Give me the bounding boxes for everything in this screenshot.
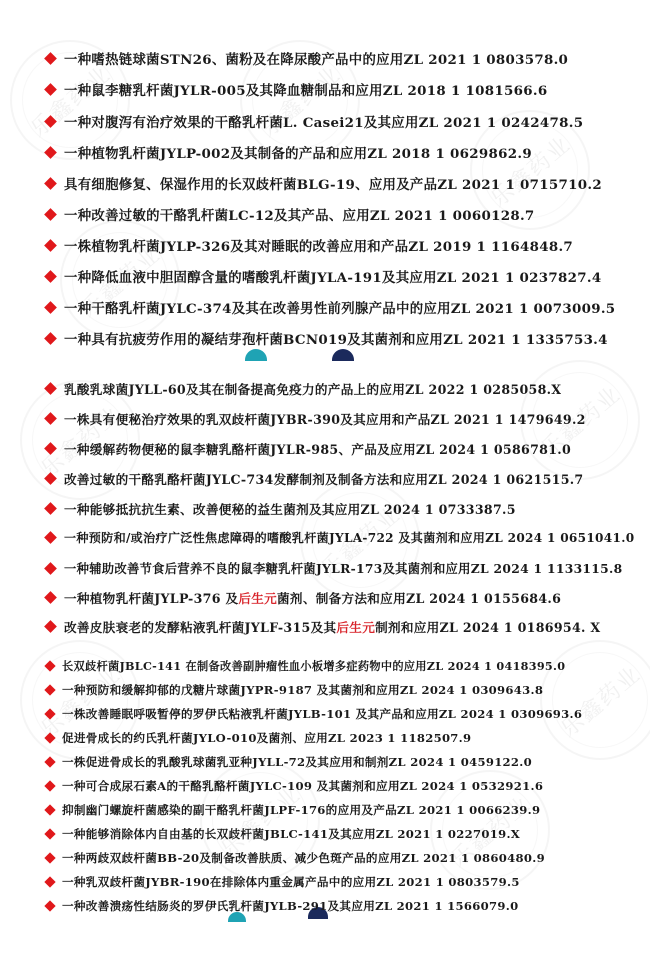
patent-title: 一种植物乳杆菌JYLP-376 及后生元菌剂、制备方法和应用ZL 2024 1 … xyxy=(64,588,561,607)
patent-title: 一株植物乳杆菌JYLP-326及其对睡眠的改善应用和产品ZL 2019 1 11… xyxy=(64,236,573,255)
list-item: 一种可合成尿石素A的干酪乳酪杆菌JYLC-109 及其菌剂和应用ZL 2024 … xyxy=(46,778,543,794)
list-item: 一株具有便秘治疗效果的乳双歧杆菌JYBR-390及其应用和产品ZL 2021 1… xyxy=(46,409,586,428)
patent-title: 一种改善过敏的干酪乳杆菌LC-12及其产品、应用ZL 2021 1 006012… xyxy=(64,205,535,224)
list-item: 一种干酪乳杆菌JYLC-374及其在改善男性前列腺产品中的应用ZL 2021 1… xyxy=(46,298,615,317)
list-item: 一种具有抗疲劳作用的凝结芽孢杆菌BCN019及其菌剂和应用ZL 2021 1 1… xyxy=(46,329,608,348)
list-item: 抑制幽门螺旋杆菌感染的副干酪乳杆菌JLPF-176的应用及产品ZL 2021 1… xyxy=(46,802,540,818)
diamond-bullet-icon xyxy=(44,708,55,719)
list-item: 一株改善睡眠呼吸暂停的罗伊氏粘液乳杆菌JYLB-101 及其产品和应用ZL 20… xyxy=(46,706,582,722)
list-item: 一种对腹泻有治疗效果的干酪乳杆菌L. Casei21及其应用ZL 2021 1 … xyxy=(46,112,583,131)
patent-title: 一种辅助改善节食后营养不良的鼠李糖乳杆菌JYLR-173及其菌剂和应用ZL 20… xyxy=(64,559,622,577)
patent-title-suffix: 菌剂、制备方法和应用ZL 2024 1 0155684.6 xyxy=(277,591,561,606)
list-item: 一种缓解药物便秘的鼠李糖乳酪杆菌JYLR-985、产品及应用ZL 2024 1 … xyxy=(46,439,571,458)
patent-title: 一种嗜热链球菌STN26、菌粉及在降尿酸产品中的应用ZL 2021 1 0803… xyxy=(64,49,568,68)
list-item: 一种鼠李糖乳杆菌JYLR-005及其降血糖制品和应用ZL 2018 1 1081… xyxy=(46,80,547,99)
diamond-bullet-icon xyxy=(44,239,57,252)
patent-title: 一种两歧双歧杆菌BB-20及制备改善肤质、减少色斑产品的应用ZL 2021 1 … xyxy=(62,850,545,866)
diamond-bullet-icon xyxy=(44,52,57,65)
list-item: 一株植物乳杆菌JYLP-326及其对睡眠的改善应用和产品ZL 2019 1 11… xyxy=(46,236,573,255)
diamond-bullet-icon xyxy=(44,208,57,221)
list-item: 长双歧杆菌JBLC-141 在制备改善副肿瘤性血小板增多症药物中的应用ZL 20… xyxy=(46,658,565,674)
diamond-bullet-icon xyxy=(44,412,57,425)
diamond-bullet-icon xyxy=(44,852,55,863)
patent-title: 一种干酪乳杆菌JYLC-374及其在改善男性前列腺产品中的应用ZL 2021 1… xyxy=(64,298,615,317)
diamond-bullet-icon xyxy=(44,756,55,767)
list-item: 一种能够抵抗抗生素、改善便秘的益生菌剂及其应用ZL 2024 1 0733387… xyxy=(46,499,516,518)
patent-title: 长双歧杆菌JBLC-141 在制备改善副肿瘤性血小板增多症药物中的应用ZL 20… xyxy=(62,658,565,674)
list-item: 一种降低血液中胆固醇含量的嗜酸乳杆菌JYLA-191及其应用ZL 2021 1 … xyxy=(46,267,601,286)
list-item: 一种改善过敏的干酪乳杆菌LC-12及其产品、应用ZL 2021 1 006012… xyxy=(46,205,535,224)
diamond-bullet-icon xyxy=(44,83,57,96)
patent-title: 一种植物乳杆菌JYLP-002及其制备的产品和应用ZL 2018 1 06298… xyxy=(64,143,532,162)
diamond-bullet-icon xyxy=(44,382,57,395)
patent-title: 一种降低血液中胆固醇含量的嗜酸乳杆菌JYLA-191及其应用ZL 2021 1 … xyxy=(64,267,601,286)
diamond-bullet-icon xyxy=(44,177,57,190)
diamond-bullet-icon xyxy=(44,531,57,544)
list-item: 乳酸乳球菌JYLL-60及其在制备提高免疫力的产品上的应用ZL 2022 1 0… xyxy=(46,379,561,398)
list-item: 一种两歧双歧杆菌BB-20及制备改善肤质、减少色斑产品的应用ZL 2021 1 … xyxy=(46,850,545,866)
diamond-bullet-icon xyxy=(44,660,55,671)
patent-title: 一种能够抵抗抗生素、改善便秘的益生菌剂及其应用ZL 2024 1 0733387… xyxy=(64,499,516,518)
patent-title: 一种改善溃疡性结肠炎的罗伊氏乳杆菌JYLB-291及其应用ZL 2021 1 1… xyxy=(62,898,518,914)
diamond-bullet-icon xyxy=(44,502,57,515)
list-item: 促进骨成长的约氏乳杆菌JYLO-010及菌剂、应用ZL 2023 1 11825… xyxy=(46,730,471,746)
diamond-bullet-icon xyxy=(44,472,57,485)
patent-title: 一株改善睡眠呼吸暂停的罗伊氏粘液乳杆菌JYLB-101 及其产品和应用ZL 20… xyxy=(62,706,582,722)
patent-title: 一种对腹泻有治疗效果的干酪乳杆菌L. Casei21及其应用ZL 2021 1 … xyxy=(64,112,583,131)
diamond-bullet-icon xyxy=(44,828,55,839)
patent-title-prefix: 一种植物乳杆菌JYLP-376 及 xyxy=(64,591,238,606)
list-item: 一种嗜热链球菌STN26、菌粉及在降尿酸产品中的应用ZL 2021 1 0803… xyxy=(46,49,568,68)
diamond-bullet-icon xyxy=(44,876,55,887)
patent-title: 改善皮肤衰老的发酵粘液乳杆菌JYLF-315及其后生元制剂和应用ZL 2024 … xyxy=(64,617,600,636)
list-item: 具有细胞修复、保湿作用的长双歧杆菌BLG-19、应用及产品ZL 2021 1 0… xyxy=(46,174,602,193)
list-item: 改善过敏的干酪乳酪杆菌JYLC-734发酵制剂及制备方法和应用ZL 2024 1… xyxy=(46,469,584,488)
list-item: 一种改善溃疡性结肠炎的罗伊氏乳杆菌JYLB-291及其应用ZL 2021 1 1… xyxy=(46,898,518,914)
diamond-bullet-icon xyxy=(44,684,55,695)
list-item: 一种植物乳杆菌JYLP-376 及后生元菌剂、制备方法和应用ZL 2024 1 … xyxy=(46,588,561,607)
patent-title: 抑制幽门螺旋杆菌感染的副干酪乳杆菌JLPF-176的应用及产品ZL 2021 1… xyxy=(62,802,540,818)
list-item: 一种植物乳杆菌JYLP-002及其制备的产品和应用ZL 2018 1 06298… xyxy=(46,143,532,162)
patent-title: 改善过敏的干酪乳酪杆菌JYLC-734发酵制剂及制备方法和应用ZL 2024 1… xyxy=(64,469,584,488)
diamond-bullet-icon xyxy=(44,732,55,743)
patent-title: 一种乳双歧杆菌JYBR-190在排除体内重金属产品中的应用ZL 2021 1 0… xyxy=(62,874,520,890)
patent-title: 一种预防和/或治疗广泛性焦虑障碍的嗜酸乳杆菌JYLA-722 及其菌剂和应用ZL… xyxy=(64,529,634,546)
patent-title: 一种缓解药物便秘的鼠李糖乳酪杆菌JYLR-985、产品及应用ZL 2024 1 … xyxy=(64,439,571,458)
patent-title: 一种鼠李糖乳杆菌JYLR-005及其降血糖制品和应用ZL 2018 1 1081… xyxy=(64,80,547,99)
patent-title: 一种可合成尿石素A的干酪乳酪杆菌JYLC-109 及其菌剂和应用ZL 2024 … xyxy=(62,778,543,794)
diamond-bullet-icon xyxy=(44,301,57,314)
diamond-bullet-icon xyxy=(44,804,55,815)
diamond-bullet-icon xyxy=(44,780,55,791)
diamond-bullet-icon xyxy=(44,620,57,633)
list-item: 一种辅助改善节食后营养不良的鼠李糖乳杆菌JYLR-173及其菌剂和应用ZL 20… xyxy=(46,559,622,577)
diamond-bullet-icon xyxy=(44,146,57,159)
patent-title: 一株促进骨成长的乳酸乳球菌乳亚种JYLL-72及其应用和制剂ZL 2024 1 … xyxy=(62,754,532,770)
diamond-bullet-icon xyxy=(44,115,57,128)
postbiotic-highlight: 后生元 xyxy=(336,620,375,635)
diamond-bullet-icon xyxy=(44,900,55,911)
list-item: 一种乳双歧杆菌JYBR-190在排除体内重金属产品中的应用ZL 2021 1 0… xyxy=(46,874,520,890)
diamond-bullet-icon xyxy=(44,442,57,455)
list-item: 一种能够消除体内自由基的长双歧杆菌JBLC-141及其应用ZL 2021 1 0… xyxy=(46,826,520,842)
teal-semicircle-icon xyxy=(245,349,267,361)
patent-title: 具有细胞修复、保湿作用的长双歧杆菌BLG-19、应用及产品ZL 2021 1 0… xyxy=(64,174,602,193)
patent-title: 乳酸乳球菌JYLL-60及其在制备提高免疫力的产品上的应用ZL 2022 1 0… xyxy=(64,379,561,398)
list-item: 一株促进骨成长的乳酸乳球菌乳亚种JYLL-72及其应用和制剂ZL 2024 1 … xyxy=(46,754,532,770)
diamond-bullet-icon xyxy=(44,332,57,345)
patent-title: 一种能够消除体内自由基的长双歧杆菌JBLC-141及其应用ZL 2021 1 0… xyxy=(62,826,520,842)
diamond-bullet-icon xyxy=(44,270,57,283)
patent-title: 一株具有便秘治疗效果的乳双歧杆菌JYBR-390及其应用和产品ZL 2021 1… xyxy=(64,409,586,428)
postbiotic-highlight: 后生元 xyxy=(238,591,277,606)
patent-title: 促进骨成长的约氏乳杆菌JYLO-010及菌剂、应用ZL 2023 1 11825… xyxy=(62,730,471,746)
patent-title-prefix: 改善皮肤衰老的发酵粘液乳杆菌JYLF-315及其 xyxy=(64,620,336,635)
list-item: 一种预防和/或治疗广泛性焦虑障碍的嗜酸乳杆菌JYLA-722 及其菌剂和应用ZL… xyxy=(46,529,634,546)
navy-semicircle-icon xyxy=(332,349,354,361)
list-item: 改善皮肤衰老的发酵粘液乳杆菌JYLF-315及其后生元制剂和应用ZL 2024 … xyxy=(46,617,600,636)
patent-title-suffix: 制剂和应用ZL 2024 1 0186954. X xyxy=(375,620,600,635)
patent-title: 一种预防和缓解抑郁的戊糖片球菌JYPR-9187 及其菌剂和应用ZL 2024 … xyxy=(62,682,543,698)
diamond-bullet-icon xyxy=(44,562,57,575)
list-item: 一种预防和缓解抑郁的戊糖片球菌JYPR-9187 及其菌剂和应用ZL 2024 … xyxy=(46,682,543,698)
patent-title: 一种具有抗疲劳作用的凝结芽孢杆菌BCN019及其菌剂和应用ZL 2021 1 1… xyxy=(64,329,608,348)
diamond-bullet-icon xyxy=(44,591,57,604)
